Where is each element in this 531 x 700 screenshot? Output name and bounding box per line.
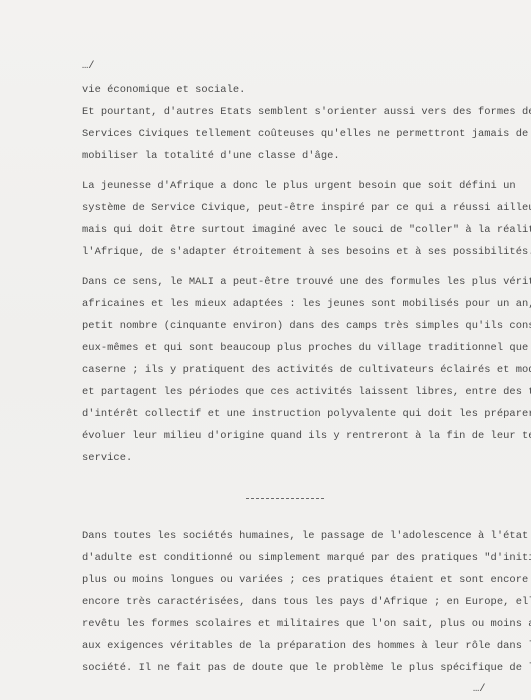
document-page: …/ vie économique et sociale. Et pourtan…: [0, 0, 531, 700]
text-line: La jeunesse d'Afrique a donc le plus urg…: [82, 180, 516, 192]
text-line: Dans toutes les sociétés humaines, le pa…: [82, 530, 528, 542]
text-line: société. Il ne fait pas de doute que le …: [82, 662, 531, 674]
text-line: mais qui doit être surtout imaginé avec …: [82, 224, 531, 236]
text-line: aux exigences véritables de la préparati…: [82, 640, 531, 652]
text-line: africaines et les mieux adaptées : les j…: [82, 298, 531, 310]
text-line: système de Service Civique, peut-être in…: [82, 202, 531, 214]
text-line: encore très caractérisées, dans tous les…: [82, 596, 531, 608]
text-line: service.: [82, 452, 132, 464]
text-line: caserne ; ils y pratiquent des activités…: [82, 364, 531, 376]
text-line: revêtu les formes scolaires et militaire…: [82, 618, 531, 630]
text-line: vie économique et sociale.: [82, 84, 245, 96]
text-line: plus ou moins longues ou variées ; ces p…: [82, 574, 531, 586]
text-line: d'adulte est conditionné ou simplement m…: [82, 552, 531, 564]
text-line: eux-mêmes et qui sont beaucoup plus proc…: [82, 342, 531, 354]
text-line: évoluer leur milieu d'origine quand ils …: [82, 430, 531, 442]
text-line: l'Afrique, de s'adapter étroitement à se…: [82, 246, 531, 258]
text-line: Et pourtant, d'autres Etats semblent s'o…: [82, 106, 531, 118]
text-line: Services Civiques tellement coûteuses qu…: [82, 128, 528, 140]
text-line: d'intérêt collectif et une instruction p…: [82, 408, 531, 420]
text-line: petit nombre (cinquante environ) dans de…: [82, 320, 531, 332]
text-line: mobiliser la totalité d'une classe d'âge…: [82, 150, 340, 162]
continuation-marker-top: …/: [82, 60, 95, 72]
continuation-marker-bottom: …/: [473, 683, 486, 695]
text-line: et partagent les périodes que ces activi…: [82, 386, 531, 398]
section-divider: [246, 498, 324, 499]
text-line: Dans ce sens, le MALI a peut-être trouvé…: [82, 276, 531, 288]
